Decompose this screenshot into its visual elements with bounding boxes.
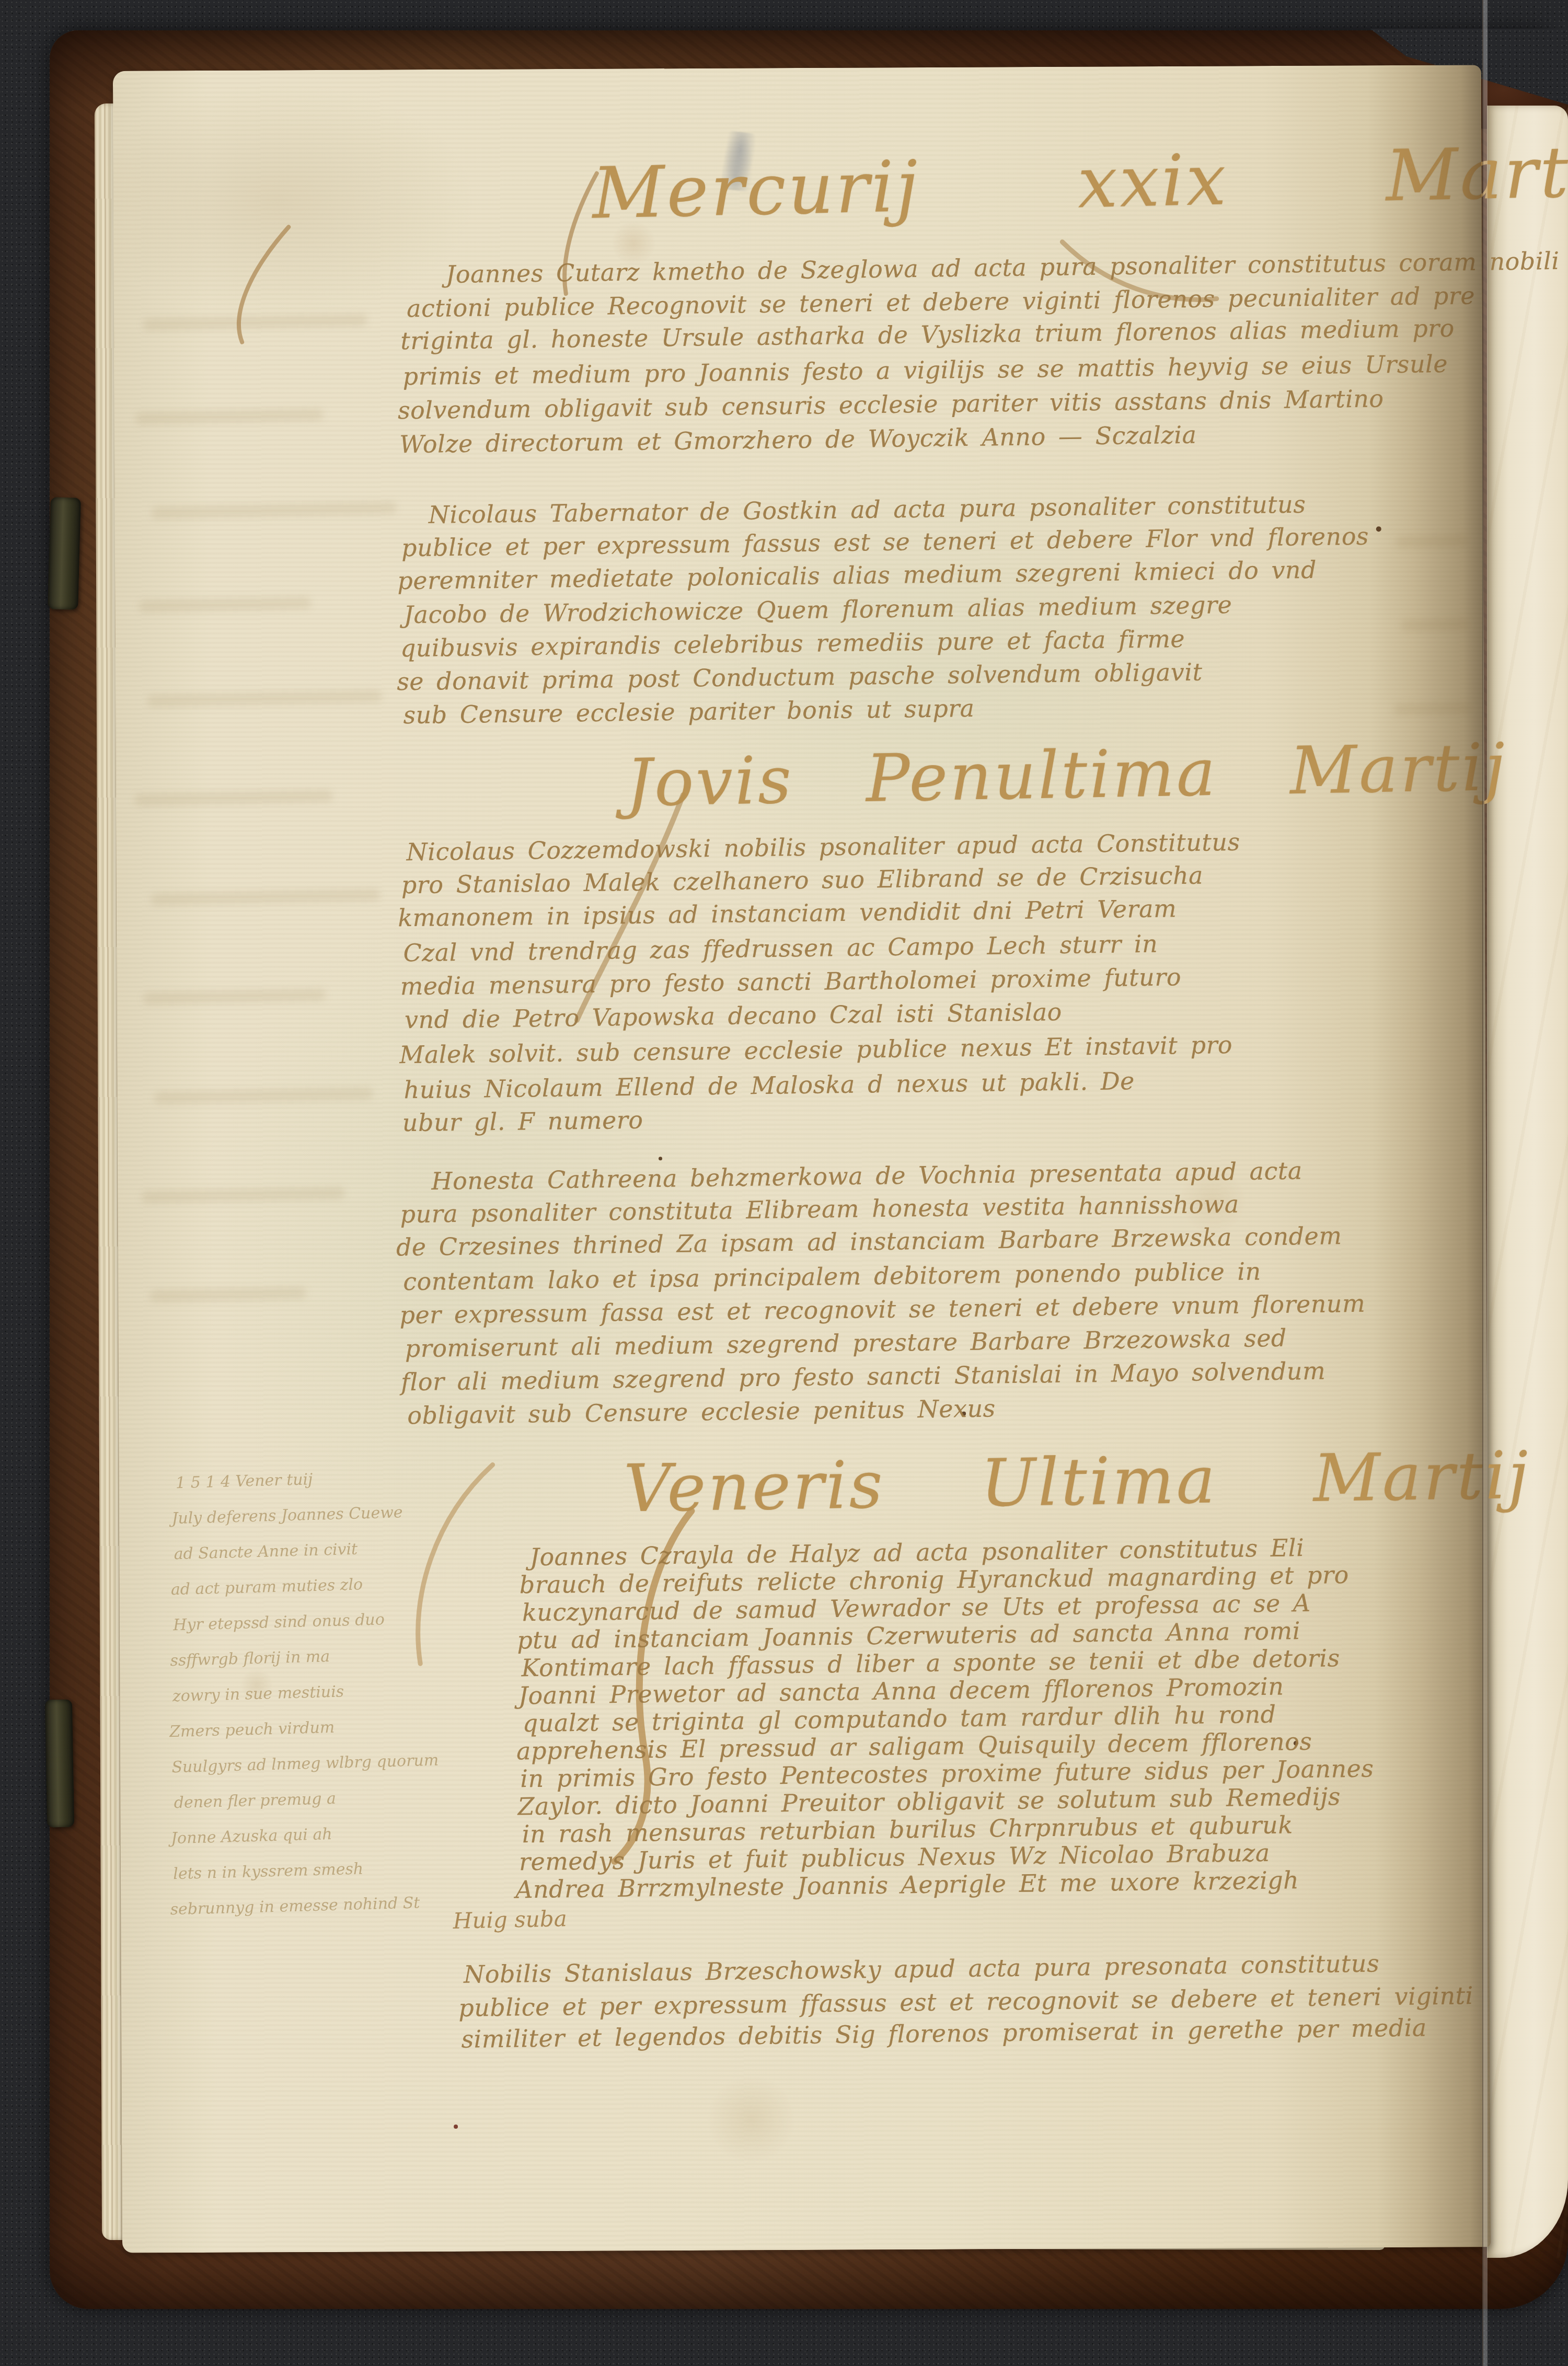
text-line: pro Stanislao Malek czelhanero suo Elibr…	[401, 861, 1204, 899]
book-clasp-bottom	[45, 1700, 74, 1828]
show-through-text	[151, 501, 397, 519]
margin-note-line: ad Sancte Anne in civit	[174, 1540, 358, 1563]
text-line: Honesta Cathreena behzmerkowa de Vochnia…	[431, 1157, 1302, 1195]
show-through-text	[143, 988, 326, 1005]
text-line: publice et per expressum fassus est se t…	[401, 522, 1369, 562]
text-line: quibusvis expirandis celebribus remediis…	[400, 625, 1185, 662]
text-line: vnd die Petro Vapowska decano Czal isti …	[405, 998, 1062, 1034]
scribe-mark: Huig suba	[453, 1906, 567, 1934]
show-through-text	[141, 1186, 345, 1204]
margin-note-line: zowry in sue mestiuis	[172, 1682, 344, 1705]
show-through-text	[143, 314, 367, 331]
text-line: Nobilis Stanislaus Brzeschowsky apud act…	[464, 1949, 1380, 1988]
text-line: promiserunt ali medium szegrend prestare…	[405, 1324, 1287, 1363]
show-through-text	[134, 790, 333, 806]
text-line: contentam lako et ipsa principalem debit…	[403, 1257, 1261, 1296]
facing-page-edge	[1487, 106, 1568, 2258]
ink-spot	[1376, 526, 1381, 532]
text-line: media mensura pro festo sancti Bartholom…	[400, 963, 1181, 1000]
ink-spot	[659, 1157, 662, 1160]
margin-note-line: denen fler premug a	[174, 1790, 336, 1812]
text-line: Czal vnd trendrag zas ffedrussen ac Camp…	[403, 930, 1158, 967]
margin-note-line: Jonne Azuska qui ah	[171, 1825, 333, 1848]
margin-note-line: July deferens Joannes Cuewe	[171, 1503, 403, 1528]
margin-note-line: ad act puram muties zlo	[171, 1575, 363, 1599]
show-through-text	[1396, 535, 1469, 548]
margin-note-line: Zmers peuch virdum	[169, 1718, 335, 1741]
text-line: Nicolaus Cozzemdowski nobilis psonaliter…	[406, 828, 1240, 866]
show-through-text	[1393, 702, 1472, 715]
show-through-text	[135, 408, 324, 425]
text-line: ubur gl. F numero	[402, 1106, 643, 1137]
margin-note-line: 1 5 1 4 Vener tuij	[176, 1470, 313, 1492]
text-line: flor ali medium szegrend pro festo sanct…	[401, 1357, 1326, 1396]
text-line: Jacobo de Wrodzichowicze Quem florenum a…	[403, 591, 1232, 629]
text-line: Nicolaus Tabernator de Gostkin ad acta p…	[428, 490, 1306, 529]
glass-plate-edge	[1482, 0, 1488, 2366]
manuscript-page: Mercurij xxix Martij Joannes Cutarz kmet…	[113, 65, 1491, 2253]
text-line: se donavit prima post Conductum pasche s…	[397, 658, 1203, 696]
show-through-text	[149, 1287, 306, 1303]
show-through-text	[154, 1087, 373, 1104]
photographed-manuscript: { "manuscript": { "sections": [ { "headi…	[0, 0, 1568, 2366]
show-through-text	[139, 596, 311, 613]
text-line: Malek solvit. sub censure ecclesie publi…	[399, 1031, 1232, 1069]
veneris-lead-swash	[417, 1465, 493, 1664]
show-through-text	[151, 888, 381, 906]
text-line: primis et medium pro Joannis festo a vig…	[402, 350, 1448, 390]
section-heading-veneris: Veneris Ultima Martij	[623, 1438, 1530, 1527]
margin-note-line: ssffwrgb florij in ma	[170, 1647, 330, 1670]
section-heading-jovis: Jovis Penultima Martij	[626, 730, 1508, 822]
gutter-shadow	[1367, 65, 1491, 2247]
text-line: huius Nicolaum Ellend de Maloska d nexus…	[403, 1067, 1135, 1104]
text-line: per expressum fassa est et recognovit se…	[399, 1289, 1365, 1330]
text-line: obligavit sub Censure ecclesie penitus N…	[407, 1394, 996, 1430]
text-line: kmanonem in ipsius ad instanciam vendidi…	[398, 894, 1177, 932]
ink-spot	[454, 2125, 458, 2129]
show-through-text	[1401, 618, 1469, 631]
text-line: sub Censure ecclesie pariter bonis ut su…	[403, 694, 975, 729]
text-line: de Crzesines thrined Za ipsam ad instanc…	[396, 1221, 1342, 1261]
margin-note-line: Hyr etepssd sind onus duo	[173, 1610, 385, 1634]
margin-note-line: sebrunnyg in emesse nohind St	[170, 1894, 420, 1919]
book-clasp-top	[48, 497, 81, 609]
margin-note-line: Suulgyrs ad lnmeg wlbrg quorum	[171, 1751, 439, 1776]
text-line: peremniter medietate polonicalis alias m…	[397, 556, 1317, 595]
margin-note-line: lets n in kyssrem smesh	[173, 1860, 364, 1883]
text-line: Wolze directorum et Gmorzhero de Woyczik…	[399, 421, 1197, 459]
show-through-text	[147, 690, 382, 708]
text-line: solvendum obligavit sub censuris ecclesi…	[398, 384, 1384, 424]
text-line: pura psonaliter constituta Elibream hone…	[400, 1190, 1239, 1229]
